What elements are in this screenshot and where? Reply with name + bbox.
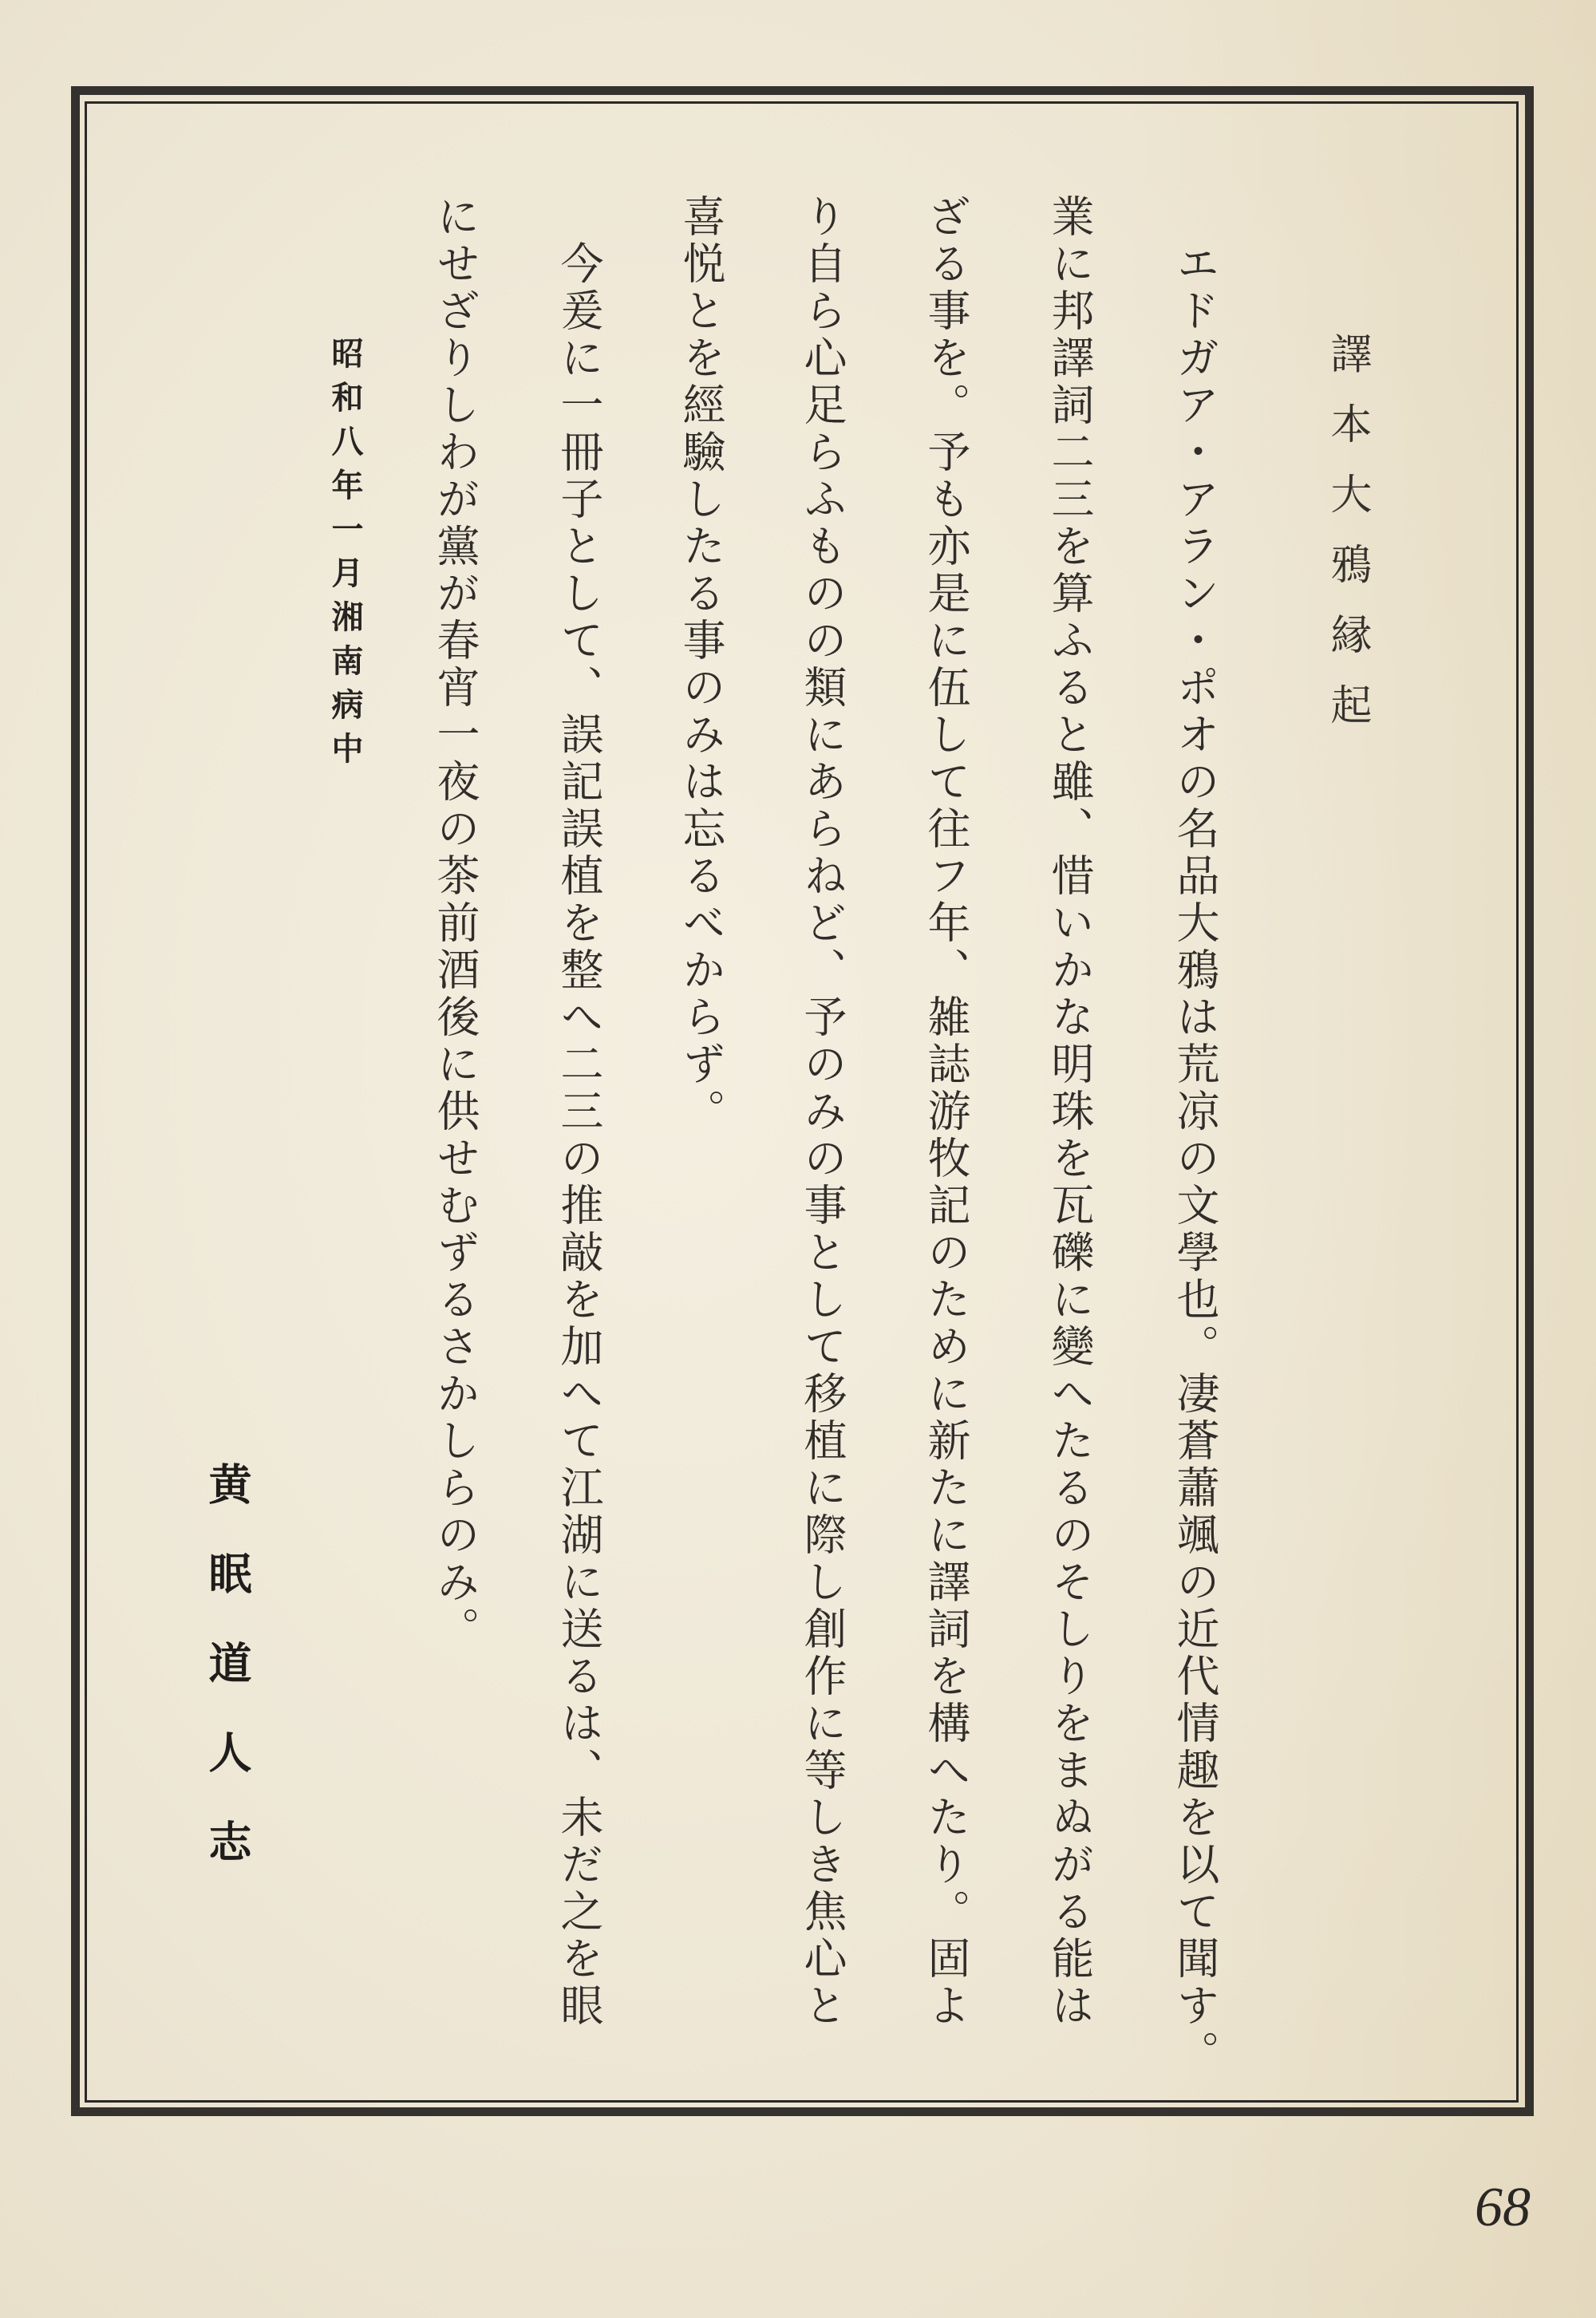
page-number: 68: [1475, 2180, 1531, 2236]
date-line: 昭和八年一月湘南病中: [329, 337, 361, 776]
body-column-3: ざる事を。予も亦是に伍して往フ年、雑誌游牧記のために新たに譯詞を構へたり。固よ: [924, 194, 967, 2030]
body-column-4: り自ら心足らふものの類にあらねど、予のみの事として移植に際し創作に等しき焦心と: [800, 194, 843, 2030]
body-column-7: にせざりしわが黨が春宵一夜の茶前酒後に供せむずるさかしらのみ。: [433, 194, 476, 1653]
body-column-6: 今爰に一冊子として、誤記誤植を整へ二三の推敲を加へて江湖に送るは、未だ之を眼: [557, 241, 600, 2030]
author-signature: 黄眠道人志: [206, 1462, 249, 1909]
body-column-5: 喜悦とを經驗したる事のみは忘るべからず。: [679, 194, 722, 1135]
book-page: 譯本大鴉縁起 エドガア・アラン・ポオの名品大鴉は荒凉の文學也。凄蒼蕭颯の近代情趣…: [0, 0, 1596, 2318]
body-column-2: 業に邦譯詞二三を算ふると雖、惜いかな明珠を瓦礫に變へたるのそしりをまぬがる能は: [1048, 194, 1091, 2030]
body-column-1: エドガア・アラン・ポオの名品大鴉は荒凉の文學也。凄蒼蕭颯の近代情趣を以て聞す。: [1173, 241, 1216, 2077]
page-title: 譯本大鴉縁起: [1326, 332, 1368, 753]
